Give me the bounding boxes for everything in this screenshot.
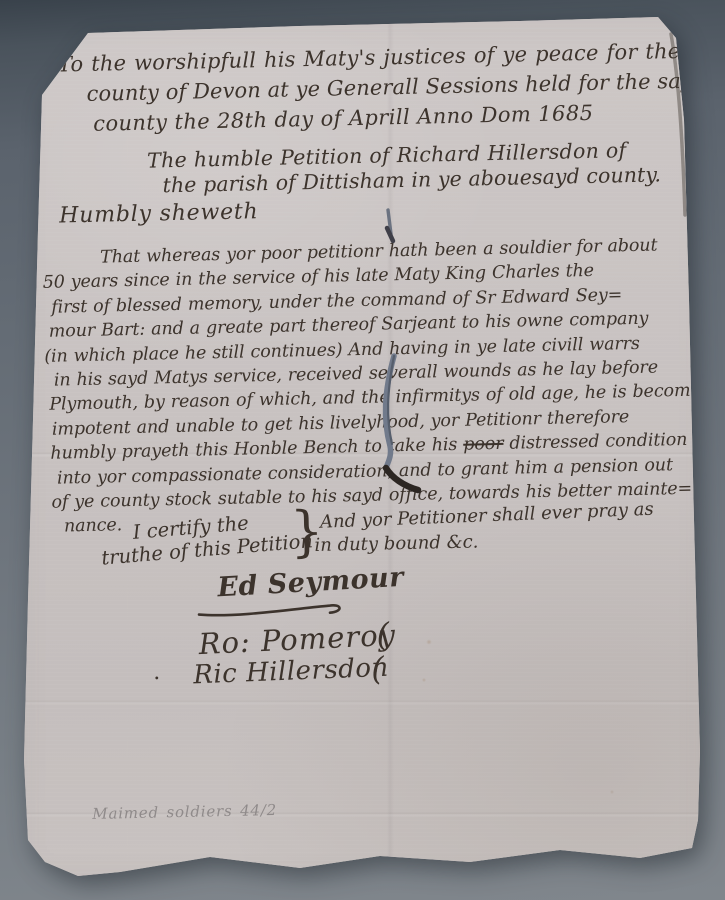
- manuscript-text-layer: To the worshipfull his Maty's justices o…: [0, 0, 725, 900]
- closing-line-2: in duty bound &c.: [314, 531, 478, 556]
- signature-hillersdon: Ric Hillersdon: [193, 653, 390, 691]
- signature-flourish: [197, 598, 349, 619]
- salutation: Humbly sheweth: [59, 199, 259, 228]
- top-edge-ink-flourish: [238, 5, 264, 17]
- photo-background: To the worshipfull his Maty's justices o…: [0, 0, 725, 900]
- ink-bracket-2: (: [371, 650, 384, 688]
- address-line-3: county the 28th day of Aprill Anno Dom 1…: [93, 101, 594, 136]
- paper-shadow-wrap: To the worshipfull his Maty's justices o…: [0, 0, 725, 900]
- signature-seymour: Ed Seymour: [217, 562, 405, 604]
- petition-body: That whereas yor poor petitionr hath bee…: [42, 233, 698, 540]
- manuscript-page: To the worshipfull his Maty's justices o…: [0, 0, 725, 900]
- ink-bracket-1: (: [376, 615, 389, 653]
- archival-pencil-note: Maimed soldiers 44/2: [92, 801, 277, 823]
- ink-dot: ·: [153, 666, 161, 691]
- struck-word: poor: [463, 434, 504, 455]
- address-line-2: county of Devon at ye Generall Sessions …: [86, 68, 706, 106]
